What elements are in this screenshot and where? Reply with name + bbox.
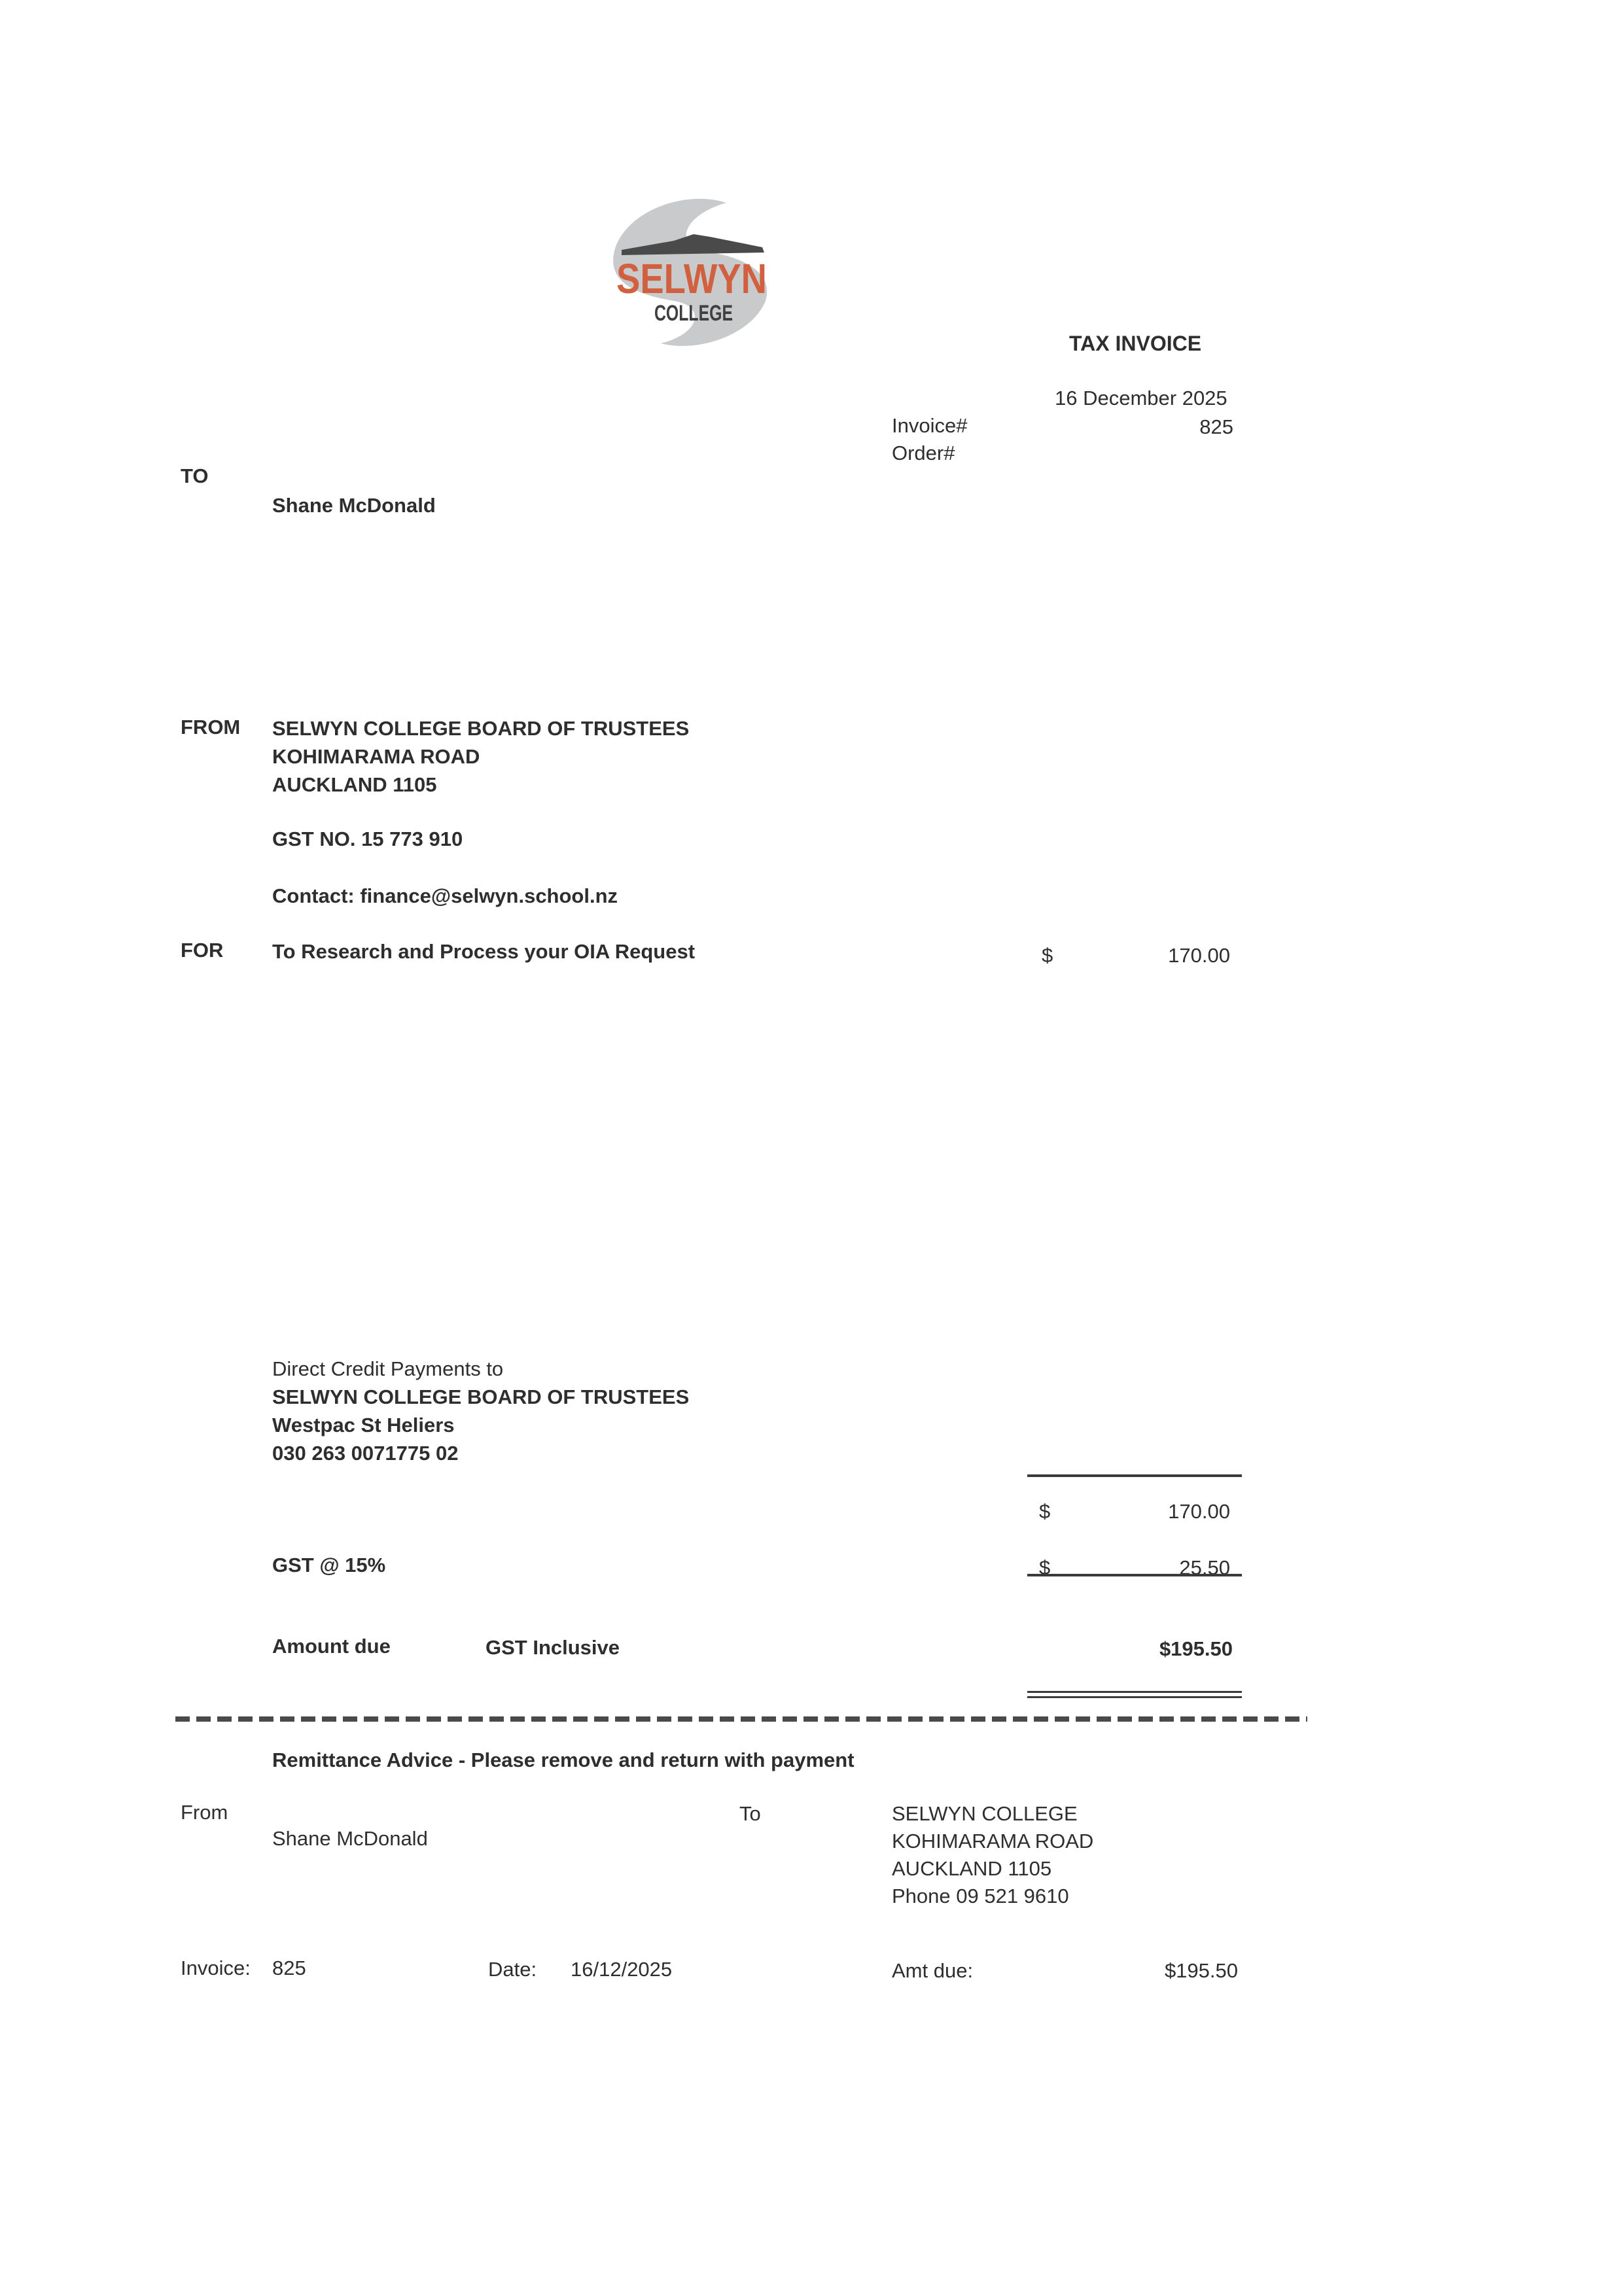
subtotal-currency: $ — [1039, 1498, 1050, 1525]
amount-due-label: Amount due — [272, 1633, 391, 1660]
from-line: KOHIMARAMA ROAD — [272, 743, 480, 771]
gst-label: GST @ 15% — [272, 1552, 385, 1579]
logo-name: SELWYN — [616, 255, 767, 302]
logo-sub: COLLEGE — [654, 301, 733, 326]
line-item-amount: 170.00 — [1099, 942, 1230, 969]
remittance-title: Remittance Advice - Please remove and re… — [272, 1747, 855, 1774]
payment-account: 030 263 0071775 02 — [272, 1440, 458, 1467]
order-number-label: Order# — [892, 440, 955, 467]
remittance-to-line: KOHIMARAMA ROAD — [892, 1828, 1093, 1855]
to-label: TO — [181, 462, 209, 490]
total-rule — [1027, 1574, 1242, 1576]
from-line: SELWYN COLLEGE BOARD OF TRUSTEES — [272, 715, 689, 742]
line-item-description: To Research and Process your OIA Request — [272, 938, 695, 965]
remittance-invoice-label: Invoice: — [181, 1955, 251, 1982]
remittance-amt-due: $195.50 — [1099, 1957, 1238, 1985]
remittance-invoice-number: 825 — [272, 1955, 306, 1982]
document-title: TAX INVOICE — [1069, 330, 1201, 357]
subtotal-rule — [1027, 1474, 1242, 1477]
for-label: FOR — [181, 937, 223, 964]
remittance-to-label: To — [739, 1800, 761, 1828]
invoice-date: 16 December 2025 — [1055, 385, 1227, 412]
from-label: FROM — [181, 714, 240, 741]
remittance-from-label: From — [181, 1799, 228, 1826]
gst-number: GST NO. 15 773 910 — [272, 826, 463, 853]
remittance-to-line: SELWYN COLLEGE — [892, 1800, 1078, 1828]
remittance-date: 16/12/2025 — [571, 1956, 672, 1983]
to-name: Shane McDonald — [272, 492, 436, 519]
payment-bank: Westpac St Heliers — [272, 1412, 455, 1439]
selwyn-college-logo: SELWYN COLLEGE — [602, 190, 779, 353]
payment-intro: Direct Credit Payments to — [272, 1355, 503, 1383]
double-rule-top — [1027, 1691, 1242, 1693]
contact-email: Contact: finance@selwyn.school.nz — [272, 882, 618, 910]
gst-amount: 25.50 — [1099, 1554, 1230, 1582]
remittance-from-name: Shane McDonald — [272, 1825, 428, 1852]
gst-currency: $ — [1039, 1554, 1050, 1582]
invoice-number: 825 — [1112, 413, 1233, 441]
tear-off-dashed-line — [175, 1716, 1307, 1722]
invoice-number-label: Invoice# — [892, 412, 967, 440]
gst-inclusive-label: GST Inclusive — [485, 1634, 620, 1661]
from-line: AUCKLAND 1105 — [272, 771, 437, 799]
remittance-to-line: AUCKLAND 1105 — [892, 1855, 1051, 1883]
remittance-phone: Phone 09 521 9610 — [892, 1883, 1069, 1910]
remittance-date-label: Date: — [488, 1956, 537, 1983]
remittance-amt-due-label: Amt due: — [892, 1957, 973, 1985]
payment-payee: SELWYN COLLEGE BOARD OF TRUSTEES — [272, 1383, 689, 1411]
line-item-currency: $ — [1042, 942, 1053, 969]
subtotal-amount: 170.00 — [1099, 1498, 1230, 1525]
double-rule-bottom — [1027, 1696, 1242, 1698]
amount-due: $195.50 — [1099, 1635, 1233, 1663]
